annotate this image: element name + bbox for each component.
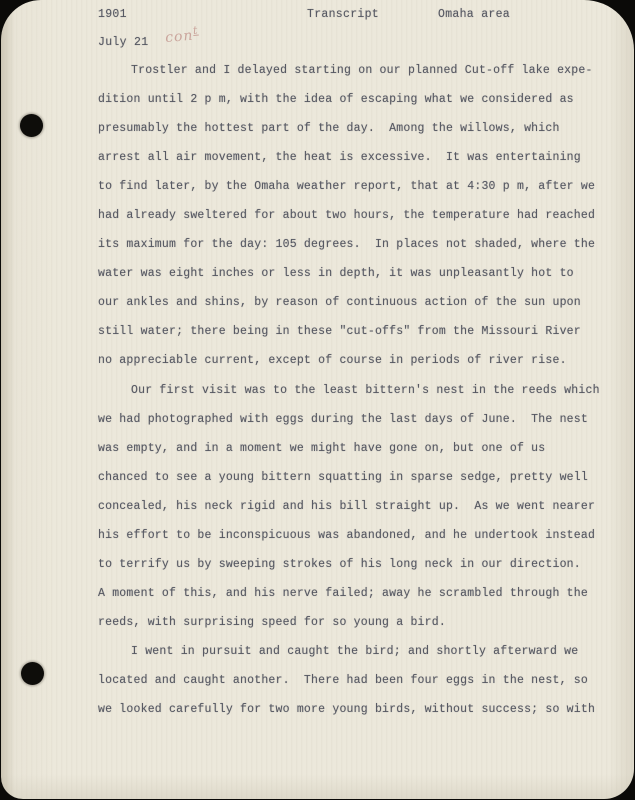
- text-line: Trostler and I delayed starting on our p…: [98, 60, 608, 89]
- text-line: our ankles and shins, by reason of conti…: [98, 292, 608, 321]
- text-line: presumably the hottest part of the day. …: [98, 118, 608, 147]
- text-line: no appreciable current, except of course…: [98, 350, 608, 379]
- text-line: Our first visit was to the least bittern…: [98, 380, 608, 409]
- header-location: Omaha area: [438, 8, 510, 21]
- text-line: his effort to be inconspicuous was aband…: [98, 525, 608, 554]
- text-line: I went in pursuit and caught the bird; a…: [98, 641, 608, 670]
- pencil-annotation: cont: [164, 24, 199, 47]
- pencil-annotation-superscript: t: [192, 24, 199, 37]
- text-line: reeds, with surprising speed for so youn…: [98, 612, 608, 641]
- text-line: concealed, his neck rigid and his bill s…: [98, 496, 608, 525]
- header-title: Transcript: [307, 8, 379, 21]
- document-scan: 1901 Transcript Omaha area July 21 cont …: [0, 0, 635, 800]
- text-line: A moment of this, and his nerve failed; …: [98, 583, 608, 612]
- text-line: chanced to see a young bittern squatting…: [98, 467, 608, 496]
- hole-punch-top: [20, 114, 43, 137]
- text-line: dition until 2 p m, with the idea of esc…: [98, 89, 608, 118]
- typewritten-lines: Trostler and I delayed starting on our p…: [98, 60, 608, 728]
- text-line: still water; there being in these "cut-o…: [98, 321, 608, 350]
- text-line: had already sweltered for about two hour…: [98, 205, 608, 234]
- text-line: its maximum for the day: 105 degrees. In…: [98, 234, 608, 263]
- text-line: arrest all air movement, the heat is exc…: [98, 147, 608, 176]
- text-line: to find later, by the Omaha weather repo…: [98, 176, 608, 205]
- text-line: we had photographed with eggs during the…: [98, 409, 608, 438]
- pencil-annotation-main: con: [165, 28, 195, 46]
- header-year: 1901: [98, 8, 127, 21]
- date-line: July 21: [98, 36, 148, 49]
- text-line: was empty, and in a moment we might have…: [98, 438, 608, 467]
- text-line: located and caught another. There had be…: [98, 670, 608, 699]
- paper-page: 1901 Transcript Omaha area July 21 cont …: [1, 0, 634, 799]
- text-line: to terrify us by sweeping strokes of his…: [98, 554, 608, 583]
- text-line: water was eight inches or less in depth,…: [98, 263, 608, 292]
- hole-punch-bottom: [21, 662, 44, 685]
- text-line: we looked carefully for two more young b…: [98, 699, 608, 728]
